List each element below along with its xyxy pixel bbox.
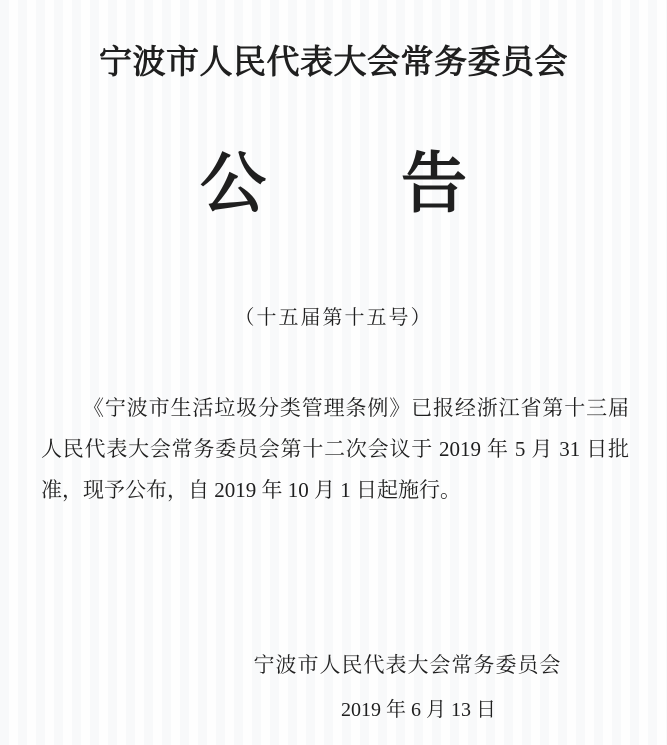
body-line-2: 人民代表大会常务委员会第十二次会议于 2019 年 5 月 31 日批: [41, 429, 629, 470]
body-paragraph: 《宁波市生活垃圾分类管理条例》已报经浙江省第十三届 人民代表大会常务委员会第十二…: [41, 388, 629, 511]
body-line-3: 准，现予公布，自 2019 年 10 月 1 日起施行。: [41, 470, 629, 511]
notice-title: 公 告: [0, 145, 667, 225]
announcement-document-page: 宁波市人民代表大会常务委员会 公 告 （十五届第十五号） 《宁波市生活垃圾分类管…: [0, 0, 667, 745]
notice-title-char-gong: 公: [200, 145, 266, 225]
issuer-title: 宁波市人民代表大会常务委员会: [0, 40, 667, 86]
signature-name: 宁波市人民代表大会常务委员会: [0, 650, 667, 680]
body-line-1: 《宁波市生活垃圾分类管理条例》已报经浙江省第十三届: [41, 388, 629, 429]
signature-date: 2019 年 6 月 13 日: [0, 696, 667, 724]
notice-title-char-gao: 告: [401, 145, 467, 225]
notice-number: （十五届第十五号）: [0, 303, 667, 333]
